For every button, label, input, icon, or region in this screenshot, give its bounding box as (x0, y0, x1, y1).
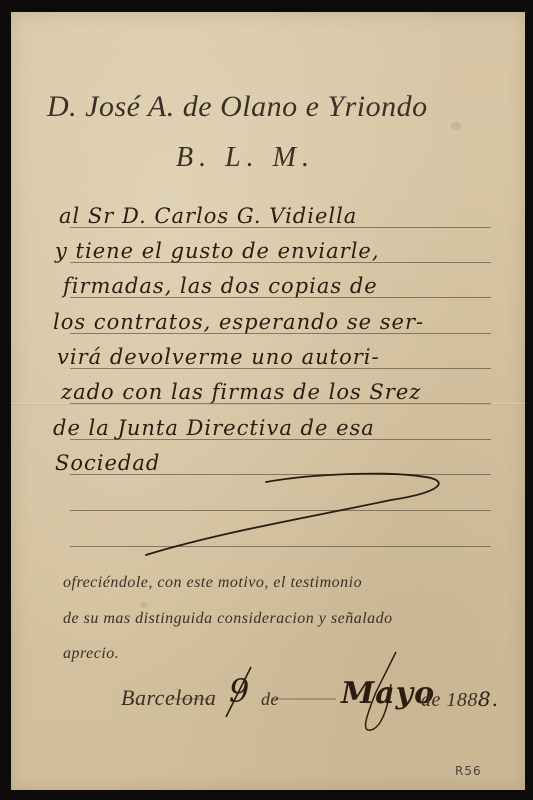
letter-paper: D. José A. de Olano e Yriondo B. L. M. a… (11, 12, 525, 790)
body-line: Sociedad (55, 451, 160, 475)
body-line: firmadas, las dos copias de (63, 274, 378, 298)
closing-line: aprecio. (63, 645, 119, 663)
closing-line: de su mas distinguida consideracion y se… (63, 610, 393, 628)
body-line: zado con las firmas de los Srez (61, 380, 421, 404)
ruled-line (70, 546, 491, 547)
date-year-prefix: de 188 (421, 689, 478, 711)
date-year-suffix: 8. (478, 687, 499, 711)
paper-stain (141, 602, 147, 608)
ruled-line (70, 510, 491, 511)
date-de: de (261, 689, 279, 710)
body-line: los contratos, esperando se ser- (53, 310, 424, 334)
archive-reference-number: R56 (455, 764, 482, 778)
closing-line: ofreciéndole, con este motivo, el testim… (63, 574, 362, 592)
body-line: y tiene el gusto de enviarle, (55, 239, 380, 263)
date-day: 9 (229, 672, 250, 710)
sender-name: D. José A. de Olano e Yriondo (47, 90, 428, 124)
body-line: al Sr D. Carlos G. Vidiella (59, 204, 357, 228)
blm-formula: B. L. M. (176, 142, 315, 174)
date-city: Barcelona (121, 685, 216, 711)
paper-stain (451, 122, 461, 130)
date-year: de 1888. (421, 687, 499, 712)
body-line: virá devolverme uno autori- (57, 345, 380, 369)
body-line: de la Junta Directiva de esa (53, 416, 375, 440)
